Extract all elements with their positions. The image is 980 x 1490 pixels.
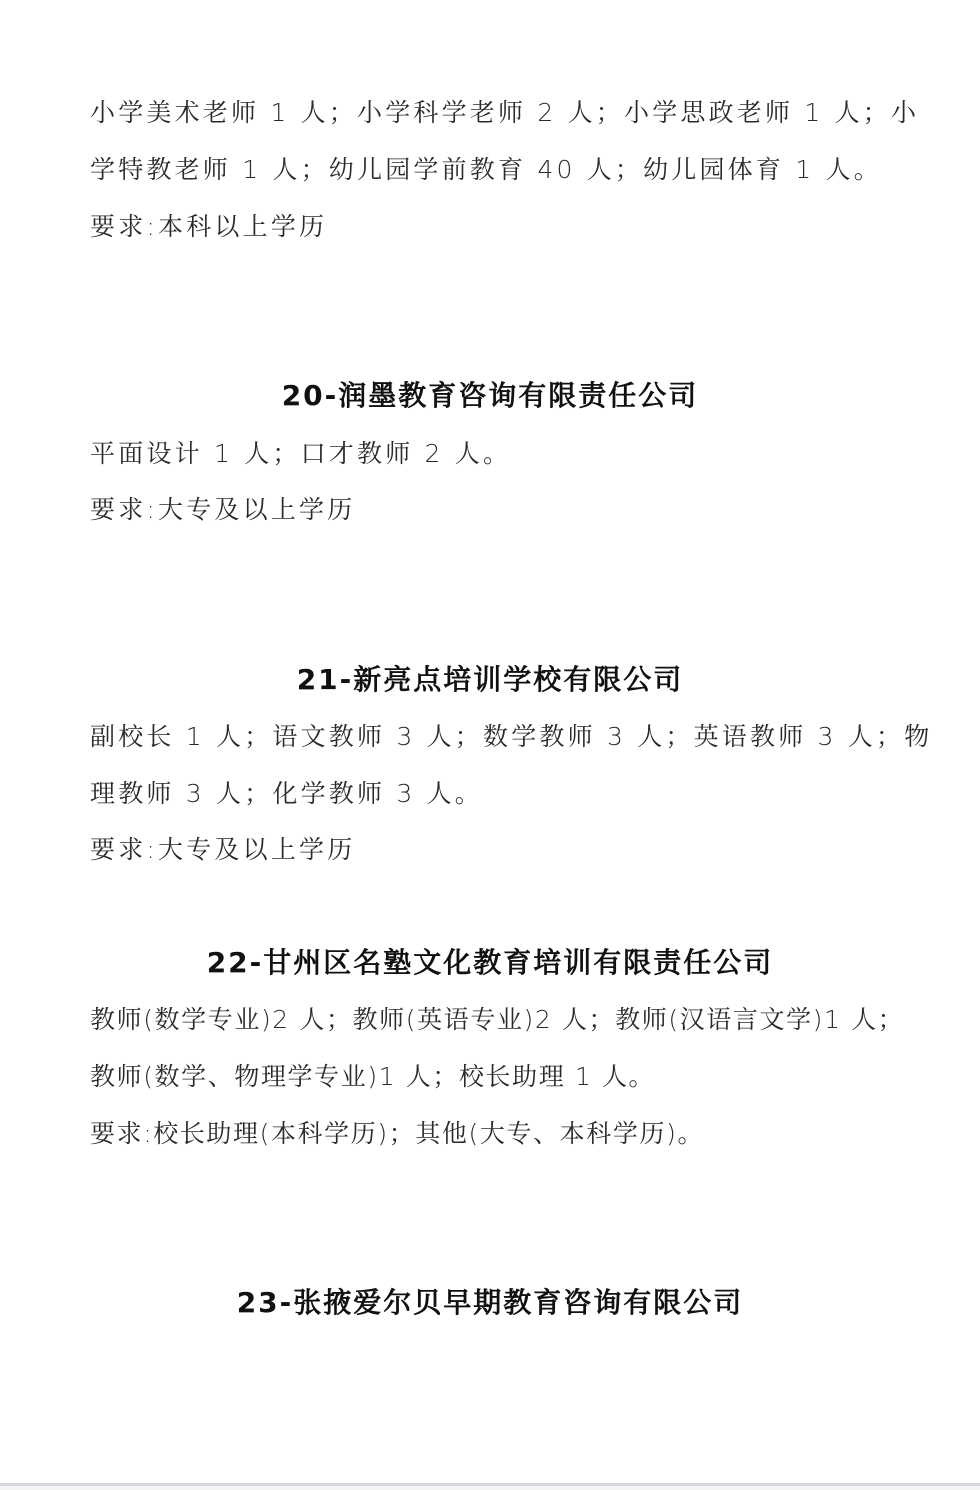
section-23-heading: 23-张掖爱尔贝早期教育咨询有限公司 [0, 1283, 980, 1323]
section-20-requirement: 要求:大专及以上学历 [90, 493, 910, 527]
document-page: 小学美术老师 1 人；小学科学老师 2 人；小学思政老师 1 人；小 学特教老师… [0, 0, 980, 1484]
section-21-positions-line-2: 理教师 3 人；化学教师 3 人。 [90, 777, 910, 811]
section-19-requirement: 要求:本科以上学历 [90, 210, 910, 244]
section-22-positions-line-1: 教师(数学专业)2 人；教师(英语专业)2 人；教师(汉语言文学)1 人； [90, 1003, 910, 1037]
section-20-positions-line-1: 平面设计 1 人；口才教师 2 人。 [90, 437, 910, 471]
section-22-requirement: 要求:校长助理(本科学历)；其他(大专、本科学历)。 [90, 1117, 910, 1151]
section-21-positions-line-1: 副校长 1 人；语文教师 3 人；数学教师 3 人；英语教师 3 人；物 [90, 720, 910, 754]
section-21-requirement: 要求:大专及以上学历 [90, 833, 910, 867]
section-22-heading: 22-甘州区名塾文化教育培训有限责任公司 [0, 943, 980, 983]
section-21-heading: 21-新亮点培训学校有限公司 [0, 660, 980, 700]
section-20-heading: 20-润墨教育咨询有限责任公司 [0, 376, 980, 416]
section-19-positions-line-1: 小学美术老师 1 人；小学科学老师 2 人；小学思政老师 1 人；小 [90, 96, 910, 130]
section-19-positions-line-2: 学特教老师 1 人；幼儿园学前教育 40 人；幼儿园体育 1 人。 [90, 153, 910, 187]
page-bottom-gap [0, 1486, 980, 1490]
section-22-positions-line-2: 教师(数学、物理学专业)1 人；校长助理 1 人。 [90, 1060, 910, 1094]
